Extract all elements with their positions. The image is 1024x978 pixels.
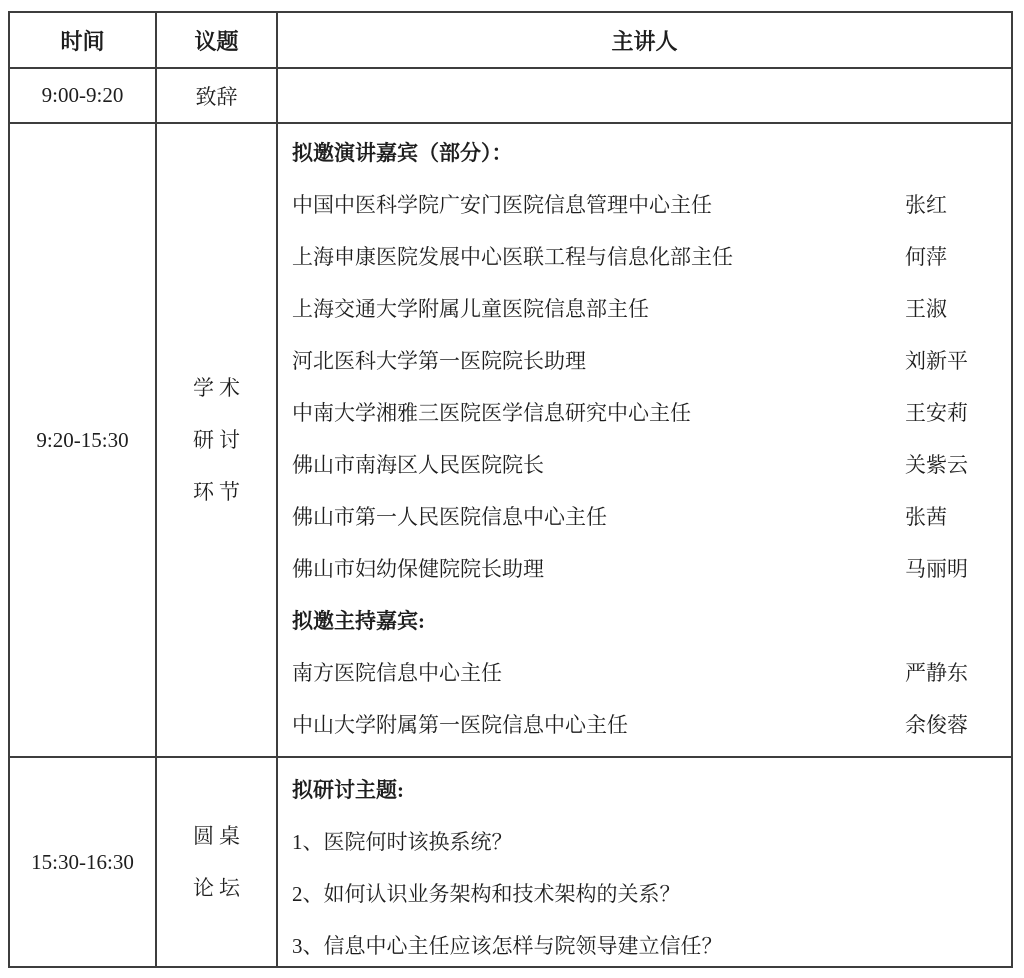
guest-row: 上海交通大学附属儿童医院信息部主任 王淑 — [292, 283, 989, 335]
theme-item: 3、信息中心主任应该怎样与院领导建立信任？ — [292, 920, 989, 966]
opening-time-cell: 9:00-9:20 — [10, 69, 157, 124]
symposium-time-cell: 9:20-15:30 — [10, 124, 157, 758]
guest-name: 张红 — [905, 179, 989, 231]
symposium-topic-line: 环节 — [193, 466, 245, 518]
guest-org: 中国中医科学院广安门医院信息管理中心主任 — [292, 179, 905, 231]
opening-time: 9:00-9:20 — [42, 83, 124, 108]
roundtable-topic-line: 圆桌 — [193, 810, 245, 862]
header-topic: 议题 — [157, 13, 278, 69]
roundtable-time: 15:30-16:30 — [31, 850, 134, 875]
guest-org: 佛山市第一人民医院信息中心主任 — [292, 491, 905, 543]
moderator-name: 严静东 — [905, 647, 989, 699]
moderators-label: 拟邀主持嘉宾: — [292, 595, 989, 647]
symposium-speaker-cell: 拟邀演讲嘉宾（部分）： 中国中医科学院广安门医院信息管理中心主任 张红 上海申康… — [278, 124, 1011, 758]
roundtable-time-cell: 15:30-16:30 — [10, 758, 157, 966]
guest-org: 中南大学湘雅三医院医学信息研究中心主任 — [292, 387, 905, 439]
symposium-topic-line: 学术 — [193, 362, 245, 414]
guest-row: 佛山市妇幼保健院院长助理 马丽明 — [292, 543, 989, 595]
themes-label: 拟研讨主题: — [292, 764, 989, 816]
moderator-org: 南方医院信息中心主任 — [292, 647, 905, 699]
guest-row: 佛山市第一人民医院信息中心主任 张茜 — [292, 491, 989, 543]
opening-topic: 致辞 — [196, 81, 238, 111]
roundtable-speaker-cell: 拟研讨主题: 1、医院何时该换系统？ 2、如何认识业务架构和技术架构的关系？ 3… — [278, 758, 1011, 966]
moderator-org: 中山大学附属第一医院信息中心主任 — [292, 699, 905, 751]
guest-name: 刘新平 — [905, 335, 989, 387]
guest-name: 何萍 — [905, 231, 989, 283]
theme-item: 1、医院何时该换系统？ — [292, 816, 989, 868]
moderator-name: 余俊蓉 — [905, 699, 989, 751]
guest-org: 佛山市妇幼保健院院长助理 — [292, 543, 905, 595]
guest-name: 王淑 — [905, 283, 989, 335]
agenda-table: 时间 议题 主讲人 9:00-9:20 致辞 9:20-15:30 学术 研讨 … — [8, 11, 1013, 968]
header-speaker: 主讲人 — [278, 13, 1011, 69]
guest-org: 上海申康医院发展中心医联工程与信息化部主任 — [292, 231, 905, 283]
guest-name: 关紫云 — [905, 439, 989, 491]
header-topic-label: 议题 — [194, 25, 238, 56]
opening-topic-cell: 致辞 — [157, 69, 278, 124]
moderator-row: 中山大学附属第一医院信息中心主任 余俊蓉 — [292, 699, 989, 751]
symposium-time: 9:20-15:30 — [36, 428, 128, 453]
guest-row: 河北医科大学第一医院院长助理 刘新平 — [292, 335, 989, 387]
opening-speaker-cell — [278, 69, 1011, 124]
guest-row: 中国中医科学院广安门医院信息管理中心主任 张红 — [292, 179, 989, 231]
symposium-topic-cell: 学术 研讨 环节 — [157, 124, 278, 758]
guest-org: 上海交通大学附属儿童医院信息部主任 — [292, 283, 905, 335]
header-time: 时间 — [10, 13, 157, 69]
roundtable-topic-cell: 圆桌 论坛 — [157, 758, 278, 966]
header-speaker-label: 主讲人 — [611, 25, 677, 56]
guest-row: 中南大学湘雅三医院医学信息研究中心主任 王安莉 — [292, 387, 989, 439]
guest-org: 佛山市南海区人民医院院长 — [292, 439, 905, 491]
guest-name: 张茜 — [905, 491, 989, 543]
header-time-label: 时间 — [60, 25, 104, 56]
guests-label: 拟邀演讲嘉宾（部分）： — [292, 127, 989, 179]
guest-name: 王安莉 — [905, 387, 989, 439]
moderator-row: 南方医院信息中心主任 严静东 — [292, 647, 989, 699]
symposium-topic-line: 研讨 — [193, 414, 245, 466]
guest-org: 河北医科大学第一医院院长助理 — [292, 335, 905, 387]
guest-row: 佛山市南海区人民医院院长 关紫云 — [292, 439, 989, 491]
roundtable-topic-line: 论坛 — [193, 862, 245, 914]
guest-row: 上海申康医院发展中心医联工程与信息化部主任 何萍 — [292, 231, 989, 283]
theme-item: 2、如何认识业务架构和技术架构的关系？ — [292, 868, 989, 920]
guest-name: 马丽明 — [905, 543, 989, 595]
